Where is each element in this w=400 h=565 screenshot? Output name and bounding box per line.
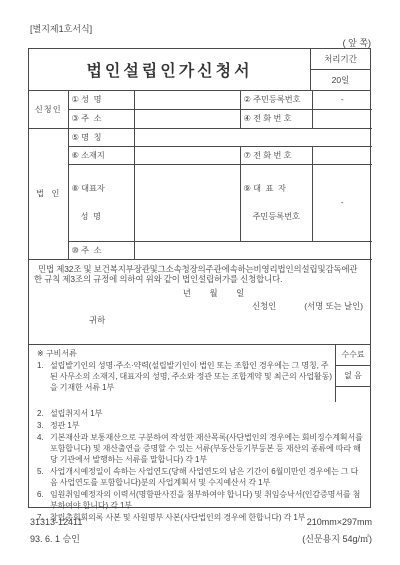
document-item-3: 3. 정관 1부: [29, 420, 370, 431]
corp-phone-label: ⑦ 전 화 번 호: [240, 146, 312, 164]
item-number: 4.: [37, 432, 50, 465]
location-label: ⑥ 소재지: [68, 146, 134, 164]
item-text: 설립발기인의 성명·주소·약력(설립발기인이 법인 또는 조합인 경우에는 그 …: [50, 360, 370, 393]
required-documents-section: 수수료 없 음 ※ 구비서류 1. 설립발기인의 성명·주소·약력(설립발기인이…: [29, 344, 370, 561]
rrn-label: ② 주민등록번호: [240, 91, 312, 109]
fee-label: 수수료: [336, 345, 370, 366]
corp-name-label: ⑤ 명 칭: [68, 128, 134, 146]
paper-size-label: 210mm×297mm: [307, 517, 372, 527]
form-code-label: [별지제1호서식]: [30, 22, 92, 35]
item-number: 3.: [37, 420, 50, 431]
signature-line: 신청인 (서명 또는 날인): [29, 300, 370, 312]
applicant-group-header: 신청인: [29, 91, 68, 128]
recipient-label: 귀하: [29, 314, 370, 326]
item-number: 5.: [37, 466, 50, 488]
item-text: 사업개시예정일이 속하는 사업연도(당해 사업연도의 남은 기간이 6월미만인 …: [50, 466, 370, 488]
document-item-1: 1. 설립발기인의 성명·주소·약력(설립발기인이 법인 또는 조합인 경우에는…: [29, 360, 370, 393]
rrn-field[interactable]: -: [312, 91, 372, 109]
page-title: 법인설립인가신청서: [29, 49, 310, 90]
address-field[interactable]: [134, 109, 240, 128]
rep-name-label-line1: ⑧ 대표자: [72, 184, 131, 194]
applicant-signature-label: 신청인: [252, 300, 276, 312]
date-line: 년 월 일: [29, 287, 370, 299]
declaration-text: 민법 제32조 및 보건복지부장관및그소속청장의주관에속하는비영리법인의설립및감…: [29, 264, 370, 285]
document-item-2: 2. 설립취지서 1부: [29, 408, 370, 419]
item-number: 1.: [37, 360, 50, 393]
item-text: 설립취지서 1부: [50, 408, 370, 419]
rep-name-label: ⑧ 대표자 성 명: [68, 164, 134, 241]
rep-rrn-label-line1: ⑨ 대 표 자: [244, 184, 309, 194]
corp-phone-field[interactable]: [312, 146, 372, 164]
paper-spec-label: (신문용지 54g/㎡): [302, 532, 372, 545]
item-text: 임원취임예정자의 이력서(명함판사진을 첨부하여야 합니다) 및 취임승낙서(인…: [50, 489, 370, 511]
corp-address-label: ⑩ 주 소: [68, 241, 134, 259]
location-field[interactable]: [134, 146, 240, 164]
sign-or-seal-label: (서명 또는 날인): [304, 300, 363, 312]
address-label: ③ 주 소: [68, 109, 134, 128]
document-item-6: 6. 임원취임예정자의 이력서(명함판사진을 첨부하여야 합니다) 및 취임승낙…: [29, 489, 370, 511]
fee-box-tail: [336, 387, 370, 402]
name-field[interactable]: [134, 91, 240, 109]
rep-name-label-line2: 성 명: [72, 212, 131, 222]
document-item-4: 4. 기본재산과 보통재산으로 구분하여 작성한 재산목록(사단법인의 경우에는…: [29, 432, 370, 465]
phone-field[interactable]: [312, 109, 372, 128]
processing-period-value: 20일: [311, 70, 370, 90]
fee-box: 수수료 없 음: [335, 345, 370, 402]
fee-value: 없 음: [336, 366, 370, 387]
form-page: [별지제1호서식] ( 앞 쪽) 법인설립인가신청서 처리기간 20일 신청인 …: [0, 0, 400, 565]
processing-period-label: 처리기간: [311, 49, 370, 70]
document-item-5: 5. 사업개시예정일이 속하는 사업연도(당해 사업연도의 남은 기간이 6월미…: [29, 466, 370, 488]
form-main-box: 법인설립인가신청서 처리기간 20일 신청인 ① 성 명 ② 주민등록번호 - …: [28, 48, 371, 508]
item-number: 6.: [37, 489, 50, 511]
item-number: 2.: [37, 408, 50, 419]
form-number: 31313-12411: [30, 517, 82, 527]
corp-address-field[interactable]: [134, 241, 372, 259]
declaration-section: 민법 제32조 및 보건복지부장관및그소속청장의주관에속하는비영리법인의설립및감…: [29, 260, 370, 344]
approval-date: 93. 6. 1 승인: [30, 532, 80, 545]
rep-rrn-field[interactable]: -: [312, 164, 372, 241]
corporation-group-header: 법 인: [29, 128, 68, 259]
applicant-corporation-table: 신청인 ① 성 명 ② 주민등록번호 - ③ 주 소 ④ 전 화 번 호 법 인…: [29, 91, 372, 260]
corp-name-field[interactable]: [134, 128, 372, 146]
phone-label: ④ 전 화 번 호: [240, 109, 312, 128]
name-label: ① 성 명: [68, 91, 134, 109]
rep-rrn-label: ⑨ 대 표 자 주민등록번호: [240, 164, 312, 241]
rep-rrn-label-line2: 주민등록번호: [244, 212, 309, 222]
title-row: 법인설립인가신청서 처리기간 20일: [29, 49, 370, 91]
item-text: 기본재산과 보통재산으로 구분하여 작성한 재산목록(사단법인의 경우에는 회비…: [50, 432, 370, 465]
documents-header: ※ 구비서류: [29, 348, 370, 359]
processing-period-box: 처리기간 20일: [310, 49, 370, 90]
rep-name-field[interactable]: [134, 164, 240, 241]
item-text: 정관 1부: [50, 420, 370, 431]
